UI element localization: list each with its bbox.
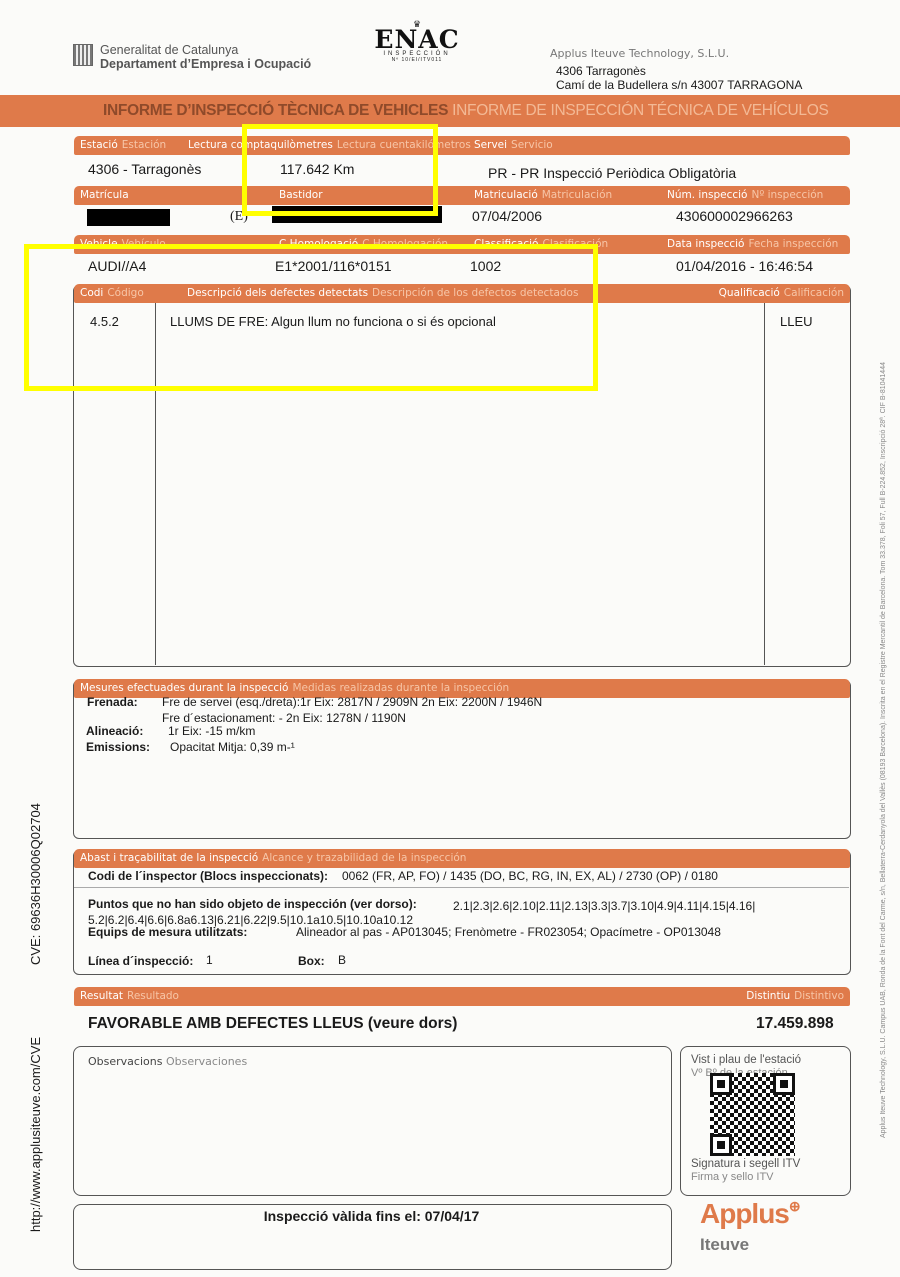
- not-inspected-label: Puntos que no han sido objeto de inspecc…: [88, 897, 417, 911]
- applus-sub: Iteuve: [700, 1235, 749, 1255]
- signature-es: Firma y sello ITV: [691, 1171, 774, 1183]
- gov-line2: Departament d’Empresa i Ocupació: [100, 57, 311, 71]
- inspection-number: 430600002966263: [676, 208, 793, 224]
- badge-number: 17.459.898: [756, 1015, 834, 1033]
- braking-parking: Fre d´estacionament: - 2n Eix: 1278N / 1…: [162, 711, 406, 725]
- alignment-value: 1r Eix: -15 m/km: [168, 724, 255, 738]
- equipment-label: Equips de mesura utilitzats:: [88, 925, 247, 939]
- observations-box: [73, 1046, 672, 1196]
- braking-label: Frenada:: [87, 695, 138, 709]
- emissions-label: Emissions:: [86, 740, 150, 754]
- highlight-odometer: [242, 124, 438, 216]
- inspector-label: Codi de l´inspector (Blocs inspeccionats…: [88, 869, 328, 883]
- gov-line1: Generalitat de Catalunya: [100, 43, 238, 57]
- cve-code: CVE: 69636H30006Q02704: [28, 803, 43, 965]
- observations-label: Observacions Observaciones: [88, 1055, 247, 1068]
- stamp-line1: Vist i plau de l'estació: [691, 1054, 801, 1066]
- highlight-defects: [24, 244, 598, 391]
- defects-col-divider-2: [764, 303, 765, 665]
- plus-circle-icon: ⊕: [789, 1198, 800, 1214]
- box-label: Box:: [298, 954, 325, 968]
- generalitat-logo: [73, 44, 93, 66]
- not-inspected-1: 2.1|2.3|2.6|2.10|2.11|2.13|3.3|3.7|3.10|…: [453, 899, 755, 913]
- equipment-value: Alineador al pas - AP013045; Frenòmetre …: [296, 925, 721, 939]
- alignment-label: Alineació:: [86, 724, 143, 738]
- cve-url[interactable]: http://www.applusiteuve.com/CVE: [28, 1037, 43, 1232]
- row1-header: EstacióEstación Lectura comptaquilòmetre…: [74, 136, 850, 155]
- inspector-value: 0062 (FR, AP, FO) / 1435 (DO, BC, RG, IN…: [342, 869, 718, 883]
- row2-header: Matrícula Bastidor MatriculacióMatricula…: [74, 186, 850, 205]
- applus-logo: Applus⊕: [700, 1198, 800, 1230]
- result-value: FAVORABLE AMB DEFECTES LLEUS (veure dors…: [88, 1015, 457, 1033]
- report-title: INFORME D’INSPECCIÓ TÈCNICA DE VEHICLES …: [103, 102, 829, 120]
- scope-divider: [74, 887, 849, 888]
- line-value: 1: [206, 953, 213, 967]
- box-value: B: [338, 953, 346, 967]
- company-name: Applus Iteuve Technology, S.L.U.: [550, 47, 729, 60]
- station-value: 4306 - Tarragonès: [88, 161, 201, 177]
- enac-logo: ♛ ENAC INSPECCIÓN Nº 10/EI/ITV011: [372, 20, 462, 63]
- validity-text: Inspecció vàlida fins el: 07/04/17: [73, 1208, 670, 1224]
- line-label: Línea d´inspecció:: [88, 954, 193, 968]
- service-value: PR - PR Inspecció Periòdica Obligatòria: [488, 165, 736, 181]
- defect-rating: LLEU: [780, 314, 813, 329]
- address-line: Camí de la Budellera s/n 43007 TARRAGONA: [556, 78, 802, 92]
- braking-service: Fre de servei (esq./dreta):1r Eix: 2817N…: [162, 695, 542, 709]
- scope-header: Abast i traçabilitat de la inspeccióAlca…: [74, 849, 850, 868]
- legal-footer: Applus Iteuve Technology, S.L.U. Campus …: [880, 362, 887, 1138]
- inspection-date: 01/04/2016 - 16:46:54: [676, 258, 813, 274]
- station-line: 4306 Tarragonès: [556, 64, 646, 78]
- result-header: ResultatResultado DistintiuDistintivo: [74, 987, 850, 1006]
- plate-redacted: [87, 209, 170, 226]
- emissions-value: Opacitat Mitja: 0,39 m-¹: [170, 740, 295, 754]
- registration-date: 07/04/2006: [472, 208, 542, 224]
- signature-ca: Signatura i segell ITV: [691, 1158, 800, 1170]
- qr-code-icon: [710, 1073, 795, 1156]
